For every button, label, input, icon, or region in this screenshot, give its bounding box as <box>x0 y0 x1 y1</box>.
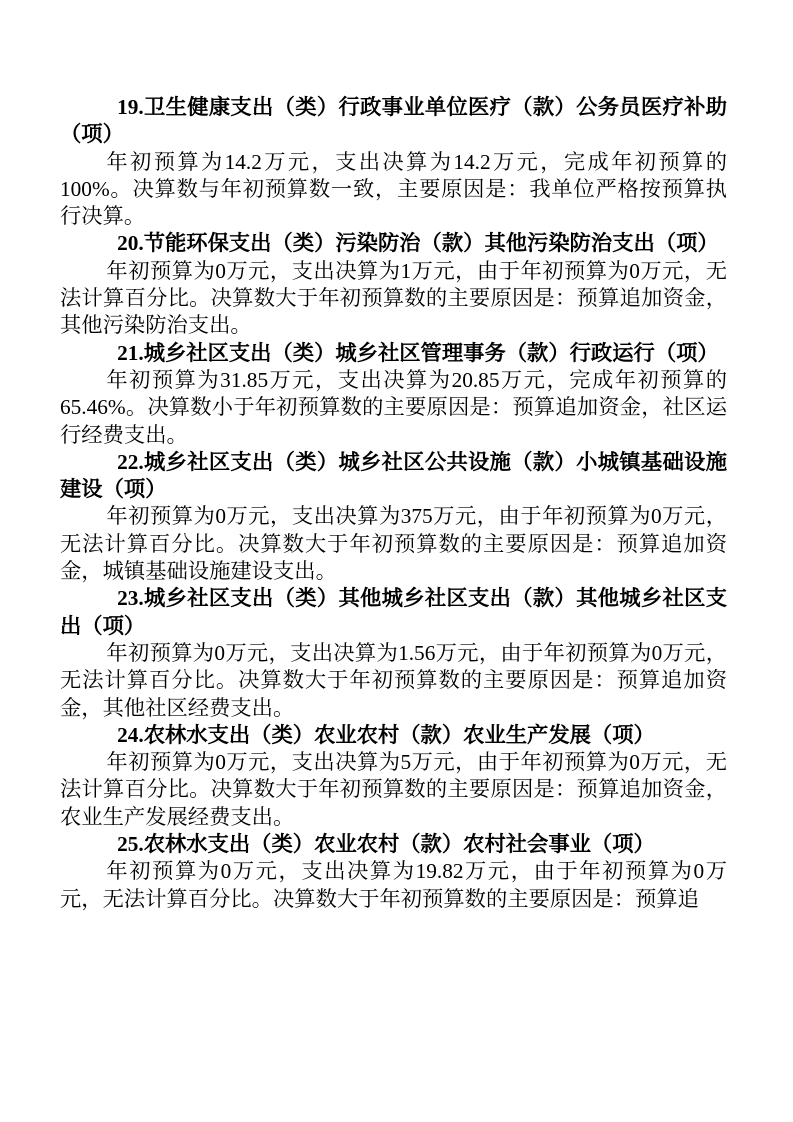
section-heading: 25.农林水支出（类）农业农村（款）农村社会事业（项） <box>60 831 727 858</box>
section-body: 年初预算为0万元，支出决算为1.56万元，由于年初预算为0万元，无法计算百分比。… <box>60 640 727 722</box>
section-heading: 19.卫生健康支出（类）行政事业单位医疗（款）公务员医疗补助（项） <box>60 94 727 149</box>
section-body: 年初预算为31.85万元，支出决算为20.85万元，完成年初预算的65.46%。… <box>60 367 727 449</box>
section-body: 年初预算为0万元，支出决算为375万元，由于年初预算为0万元，无法计算百分比。决… <box>60 503 727 585</box>
budget-section: 19.卫生健康支出（类）行政事业单位医疗（款）公务员医疗补助（项） 年初预算为1… <box>60 94 727 230</box>
section-body: 年初预算为0万元，支出决算为1万元，由于年初预算为0万元，无法计算百分比。决算数… <box>60 258 727 340</box>
section-heading: 22.城乡社区支出（类）城乡社区公共设施（款）小城镇基础设施建设（项） <box>60 449 727 504</box>
section-body: 年初预算为0万元，支出决算为19.82万元，由于年初预算为0万元，无法计算百分比… <box>60 858 727 913</box>
section-heading: 21.城乡社区支出（类）城乡社区管理事务（款）行政运行（项） <box>60 340 727 367</box>
section-body: 年初预算为14.2万元，支出决算为14.2万元，完成年初预算的100%。决算数与… <box>60 149 727 231</box>
budget-final-accounts-explanations: 19.卫生健康支出（类）行政事业单位医疗（款）公务员医疗补助（项） 年初预算为1… <box>0 0 793 913</box>
budget-section: 23.城乡社区支出（类）其他城乡社区支出（款）其他城乡社区支出（项） 年初预算为… <box>60 585 727 721</box>
section-heading: 23.城乡社区支出（类）其他城乡社区支出（款）其他城乡社区支出（项） <box>60 585 727 640</box>
document-page: 19.卫生健康支出（类）行政事业单位医疗（款）公务员医疗补助（项） 年初预算为1… <box>0 0 793 1122</box>
budget-section: 21.城乡社区支出（类）城乡社区管理事务（款）行政运行（项） 年初预算为31.8… <box>60 340 727 449</box>
section-heading: 24.农林水支出（类）农业农村（款）农业生产发展（项） <box>60 722 727 749</box>
budget-section: 20.节能环保支出（类）污染防治（款）其他污染防治支出（项） 年初预算为0万元，… <box>60 230 727 339</box>
section-body: 年初预算为0万元，支出决算为5万元，由于年初预算为0万元，无法计算百分比。决算数… <box>60 749 727 831</box>
section-heading: 20.节能环保支出（类）污染防治（款）其他污染防治支出（项） <box>60 230 727 257</box>
budget-section: 24.农林水支出（类）农业农村（款）农业生产发展（项） 年初预算为0万元，支出决… <box>60 722 727 831</box>
budget-section: 25.农林水支出（类）农业农村（款）农村社会事业（项） 年初预算为0万元，支出决… <box>60 831 727 913</box>
budget-section: 22.城乡社区支出（类）城乡社区公共设施（款）小城镇基础设施建设（项） 年初预算… <box>60 449 727 585</box>
